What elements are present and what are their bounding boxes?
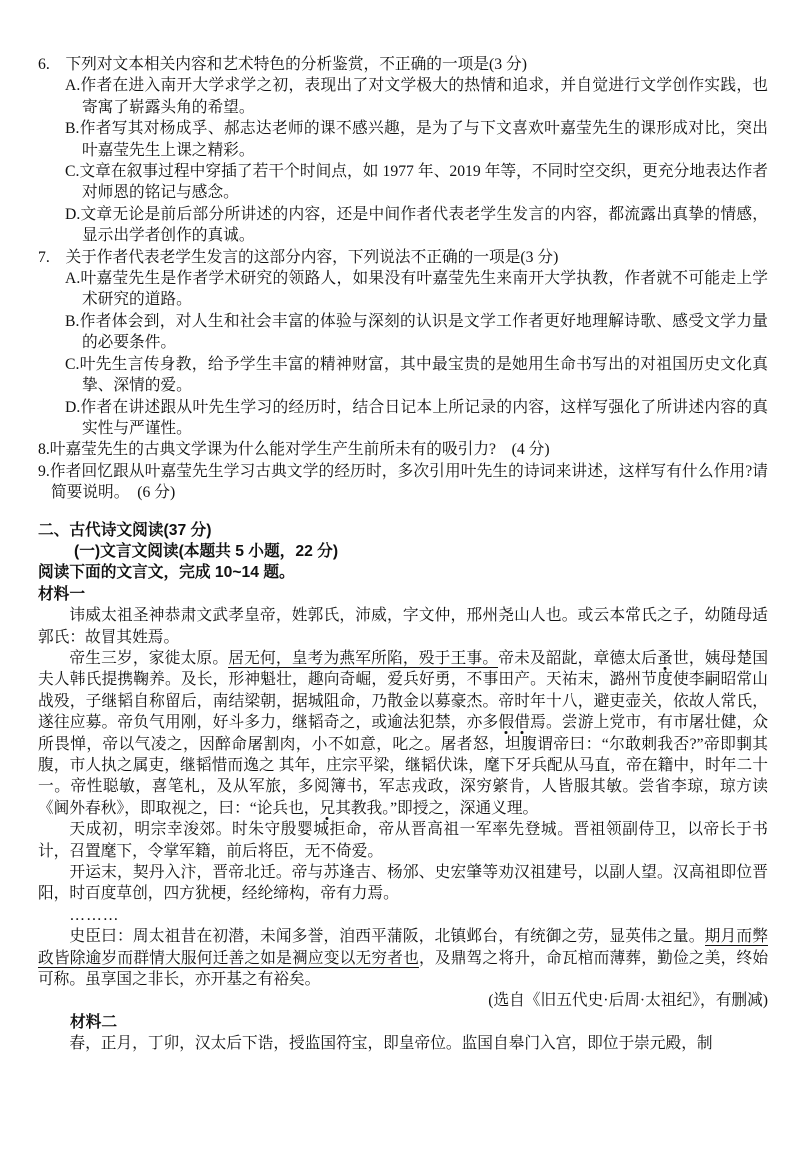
question-7-stem: 7. 关于作者代表老学生发言的这部分内容，下列说法不正确的一项是(3 分): [38, 247, 768, 268]
classical-paragraph-5: 史臣曰：周太祖昔在初潜，未闻多誉，洎西平蒲阪，北镇邺台，有统御之劳，显英伟之量。…: [38, 926, 768, 990]
question-6-option-b: B.作者写其对杨成孚、郝志达老师的课不感兴趣，是为了与下文喜欢叶嘉莹先生的课形成…: [65, 118, 768, 161]
question-7-option-c: C.叶先生言传身教，给予学生丰富的精神财富，其中最宝贵的是她用生命书写出的对祖国…: [65, 354, 768, 397]
material-2-label: 材料二: [70, 1012, 768, 1033]
p2-text: 帝生三岁，家徙太原。: [69, 650, 228, 667]
question-9: 9.作者回忆跟从叶嘉莹先生学习古典文学的经历时，多次引用叶先生的诗词来讲述，这样…: [38, 461, 768, 504]
section-2-subheading: (一)文言文阅读(本题共 5 小题，22 分): [74, 541, 768, 562]
section-2-heading: 二、古代诗文阅读(37 分): [38, 520, 768, 541]
question-6-option-a: A.作者在进入南开大学求学之初，表现出了对文学极大的热情和追求，并自觉进行文学创…: [65, 75, 768, 118]
p2-text: 其教我。”即授之，深通义理。: [335, 800, 538, 817]
material-1-label: 材料一: [38, 584, 768, 605]
classical-paragraph-2: 帝生三岁，家徙太原。居无何，皇考为燕军所陷，殁于王事。帝未及韶龀，章德太后蚤世，…: [38, 648, 768, 819]
source-citation: (选自《旧五代史·后周·太祖纪》，有删减): [38, 990, 768, 1011]
p2-underlined-sentence: 居无何，皇考为燕军所陷，殁于王事。: [228, 650, 498, 668]
p2-emphasized-char-zao: 蚤: [657, 650, 673, 667]
classical-paragraph-4: 开运末，契丹入汴，晋帝北迁。帝与苏逢吉、杨邠、史宏肇等劝汉祖建号，以副人望。汉高…: [38, 862, 768, 905]
question-7-option-b: B.作者体会到，对人生和社会丰富的体验与深刻的认识是文学工作者更好地理解诗歌、感…: [65, 311, 768, 354]
classical-paragraph-1: 讳威太祖圣神恭肃文武孝皇帝，姓郭氏，沛威，字文仲，邢州尧山人也。或云本常氏之子，…: [38, 605, 768, 648]
question-6-option-c: C.文章在叙事过程中穿插了若干个时间点，如 1977 年、2019 年等，不同时…: [65, 161, 768, 204]
question-7: 7. 关于作者代表老学生发言的这部分内容，下列说法不正确的一项是(3 分) A.…: [38, 247, 768, 440]
p2-emphasized-char-xiong: 兄: [320, 800, 336, 817]
p2-emphasized-char-jia: 假: [498, 714, 514, 731]
exam-page: 6. 下列对文本相关内容和艺术特色的分析鉴赏，不正确的一项是(3 分) A.作者…: [0, 0, 800, 1154]
question-7-option-a: A.叶嘉莹先生是作者学术研究的领路人，如果没有叶嘉莹先生来南开大学执教，作者就不…: [65, 268, 768, 311]
classical-paragraph-6: 春，正月，丁卯，汉太后下诰，授监国符宝，即皇帝位。监国自皋门入宫，即位于崇元殿，…: [38, 1033, 768, 1054]
reading-instruction: 阅读下面的文言文，完成 10~14 题。: [38, 562, 768, 583]
p2-text: 帝未及韶龀，章德太后: [498, 650, 657, 667]
question-7-option-d: D.作者在讲述跟从叶先生学习的经历时，结合日记本上所记录的内容，这样写强化了所讲…: [65, 397, 768, 440]
omission-ellipsis: ………: [38, 905, 768, 926]
question-6-option-d: D.文章无论是前后部分所讲述的内容，还是中间作者代表老学生发言的内容，都流露出真…: [65, 204, 768, 247]
classical-paragraph-3: 天成初，明宗幸浚郊。时朱守殷婴城拒命，帝从晋高祖一军率先登城。晋祖领副侍卫，以帝…: [38, 819, 768, 862]
question-6: 6. 下列对文本相关内容和艺术特色的分析鉴赏，不正确的一项是(3 分) A.作者…: [38, 54, 768, 247]
question-8: 8.叶嘉莹先生的古典文学课为什么能对学生产生前所未有的吸引力? (4 分): [38, 439, 768, 460]
p6-text: 史臣曰：周太祖昔在初潜，未闻多誉，洎西平蒲阪，北镇邺台，有统御之劳，显英伟之量。: [69, 928, 704, 945]
question-6-stem: 6. 下列对文本相关内容和艺术特色的分析鉴赏，不正确的一项是(3 分): [38, 54, 768, 75]
p2-emphasized-char-jie: 借: [514, 714, 530, 731]
